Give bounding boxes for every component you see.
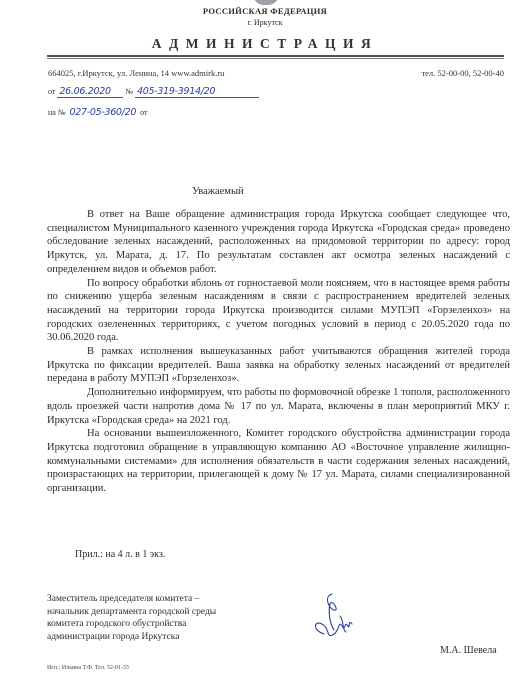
paragraph: По вопросу обработки яблонь от горностае… xyxy=(47,277,510,346)
signer-position-line: администрации города Иркутска xyxy=(47,631,216,644)
greeting: Уважаемый xyxy=(192,186,244,197)
paragraph: Дополнительно информируем, что работы по… xyxy=(47,386,510,427)
from-label: от xyxy=(48,87,55,96)
signer-position-line: начальник департамента городской среды xyxy=(47,606,216,619)
signer-position-line: комитета городского обустройства xyxy=(47,618,216,631)
letterhead-title: АДМИНИСТРАЦИЯ xyxy=(0,36,530,52)
signer-name: М.А. Шевела xyxy=(440,645,497,656)
incoming-reference: на № 027-05-360/20 от xyxy=(48,107,147,118)
in-reply-from-label: от xyxy=(140,108,147,117)
signer-position-line: Заместитель председателя комитета – xyxy=(47,593,216,606)
letter-body: В ответ на Ваше обращение администрация … xyxy=(47,208,510,496)
letterhead-country: РОССИЙСКАЯ ФЕДЕРАЦИЯ xyxy=(0,6,530,16)
paragraph: В ответ на Ваше обращение администрация … xyxy=(47,208,510,277)
paragraph: В рамках исполнения вышеуказанных работ … xyxy=(47,345,510,386)
executor-note: Исп.: Ильина Т.Ф. Тел. 52-01-33 xyxy=(47,665,129,671)
handwritten-in-reply-number: 027-05-360/20 xyxy=(67,107,138,118)
letterhead-divider xyxy=(47,55,504,59)
paragraph: На основании вышеизложенного, Комитет го… xyxy=(47,427,510,496)
letterhead-city: г. Иркутск xyxy=(0,18,530,27)
letterhead-address: 664025, г.Иркутск, ул. Ленина, 14 www.ad… xyxy=(48,68,224,78)
letterhead-phone: тел. 52-00-00, 52-00-40 xyxy=(421,68,504,78)
signer-position: Заместитель председателя комитета – нача… xyxy=(47,593,216,643)
number-label: № xyxy=(125,87,133,96)
in-reply-label: на № xyxy=(48,108,65,117)
signature-icon xyxy=(310,590,360,645)
handwritten-date: 26.06.2020 xyxy=(57,86,123,98)
attachment-note: Прил.: на 4 л. в 1 экз. xyxy=(75,549,165,560)
handwritten-number: 405-319-3914/20 xyxy=(135,86,259,98)
outgoing-reference: от 26.06.2020 № 405-319-3914/20 xyxy=(48,86,259,98)
coat-of-arms-icon xyxy=(253,0,279,5)
